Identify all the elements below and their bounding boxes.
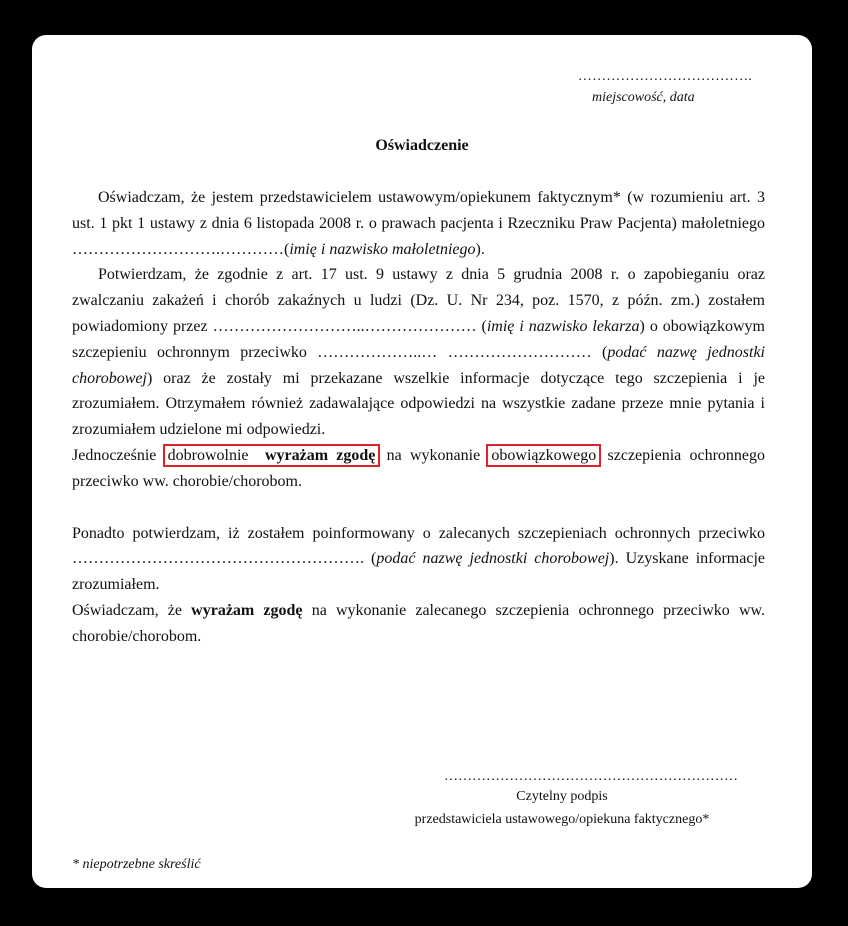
signature-label: Czytelny podpis <box>352 789 772 805</box>
footnote: * niepotrzebne skreślić <box>72 857 201 873</box>
paragraph-text: Oświadczam, że <box>72 602 182 619</box>
document-page: ………………………………. miejscowość, data Oświadcz… <box>32 35 812 888</box>
consent-voluntary-text: dobrowolnie <box>168 447 249 464</box>
signature-sublabel: przedstawiciela ustawowego/opiekuna fakt… <box>352 812 772 828</box>
paragraph-mandatory-consent: Jednocześnie dobrowolnie wyrażam zgodę n… <box>72 443 765 495</box>
highlight-mandatory-box: obowiązkowego <box>488 446 599 465</box>
paragraph-text: ) oraz że zostały mi przekazane wszelkie… <box>72 370 765 439</box>
consent-bold-text: wyrażam zgodę <box>265 447 375 464</box>
consent-bold-text: wyrażam zgodę <box>191 602 302 619</box>
spacer <box>72 495 765 521</box>
place-date-line: ………………………………. <box>557 69 752 85</box>
hint-disease-name: podać nazwę jednostki chorobowej <box>376 550 609 567</box>
hint-minor-name: imię i nazwisko małoletniego <box>289 241 475 258</box>
paragraph-text: na wykonanie <box>387 447 481 464</box>
hint-doctor-name: imię i nazwisko lekarza <box>487 318 640 335</box>
paragraph-text: ). <box>476 241 485 258</box>
paragraph-notification: Potwierdzam, że zgodnie z art. 17 ust. 9… <box>72 262 765 443</box>
document-body: Oświadczam, że jestem przedstawicielem u… <box>72 185 765 650</box>
paragraph-recommended-consent: Oświadczam, że wyrażam zgodę na wykonani… <box>72 598 765 650</box>
paragraph-text: Jednocześnie <box>72 447 156 464</box>
paragraph-guardian-declaration: Oświadczam, że jestem przedstawicielem u… <box>72 185 765 262</box>
document-title: Oświadczenie <box>32 137 812 155</box>
paragraph-recommended-info: Ponadto potwierdzam, iż zostałem poinfor… <box>72 521 765 598</box>
highlight-consent-box: dobrowolnie wyrażam zgodę <box>165 446 379 465</box>
place-date-label: miejscowość, data <box>592 90 695 106</box>
signature-line: ……………………………………………………… <box>432 769 750 785</box>
